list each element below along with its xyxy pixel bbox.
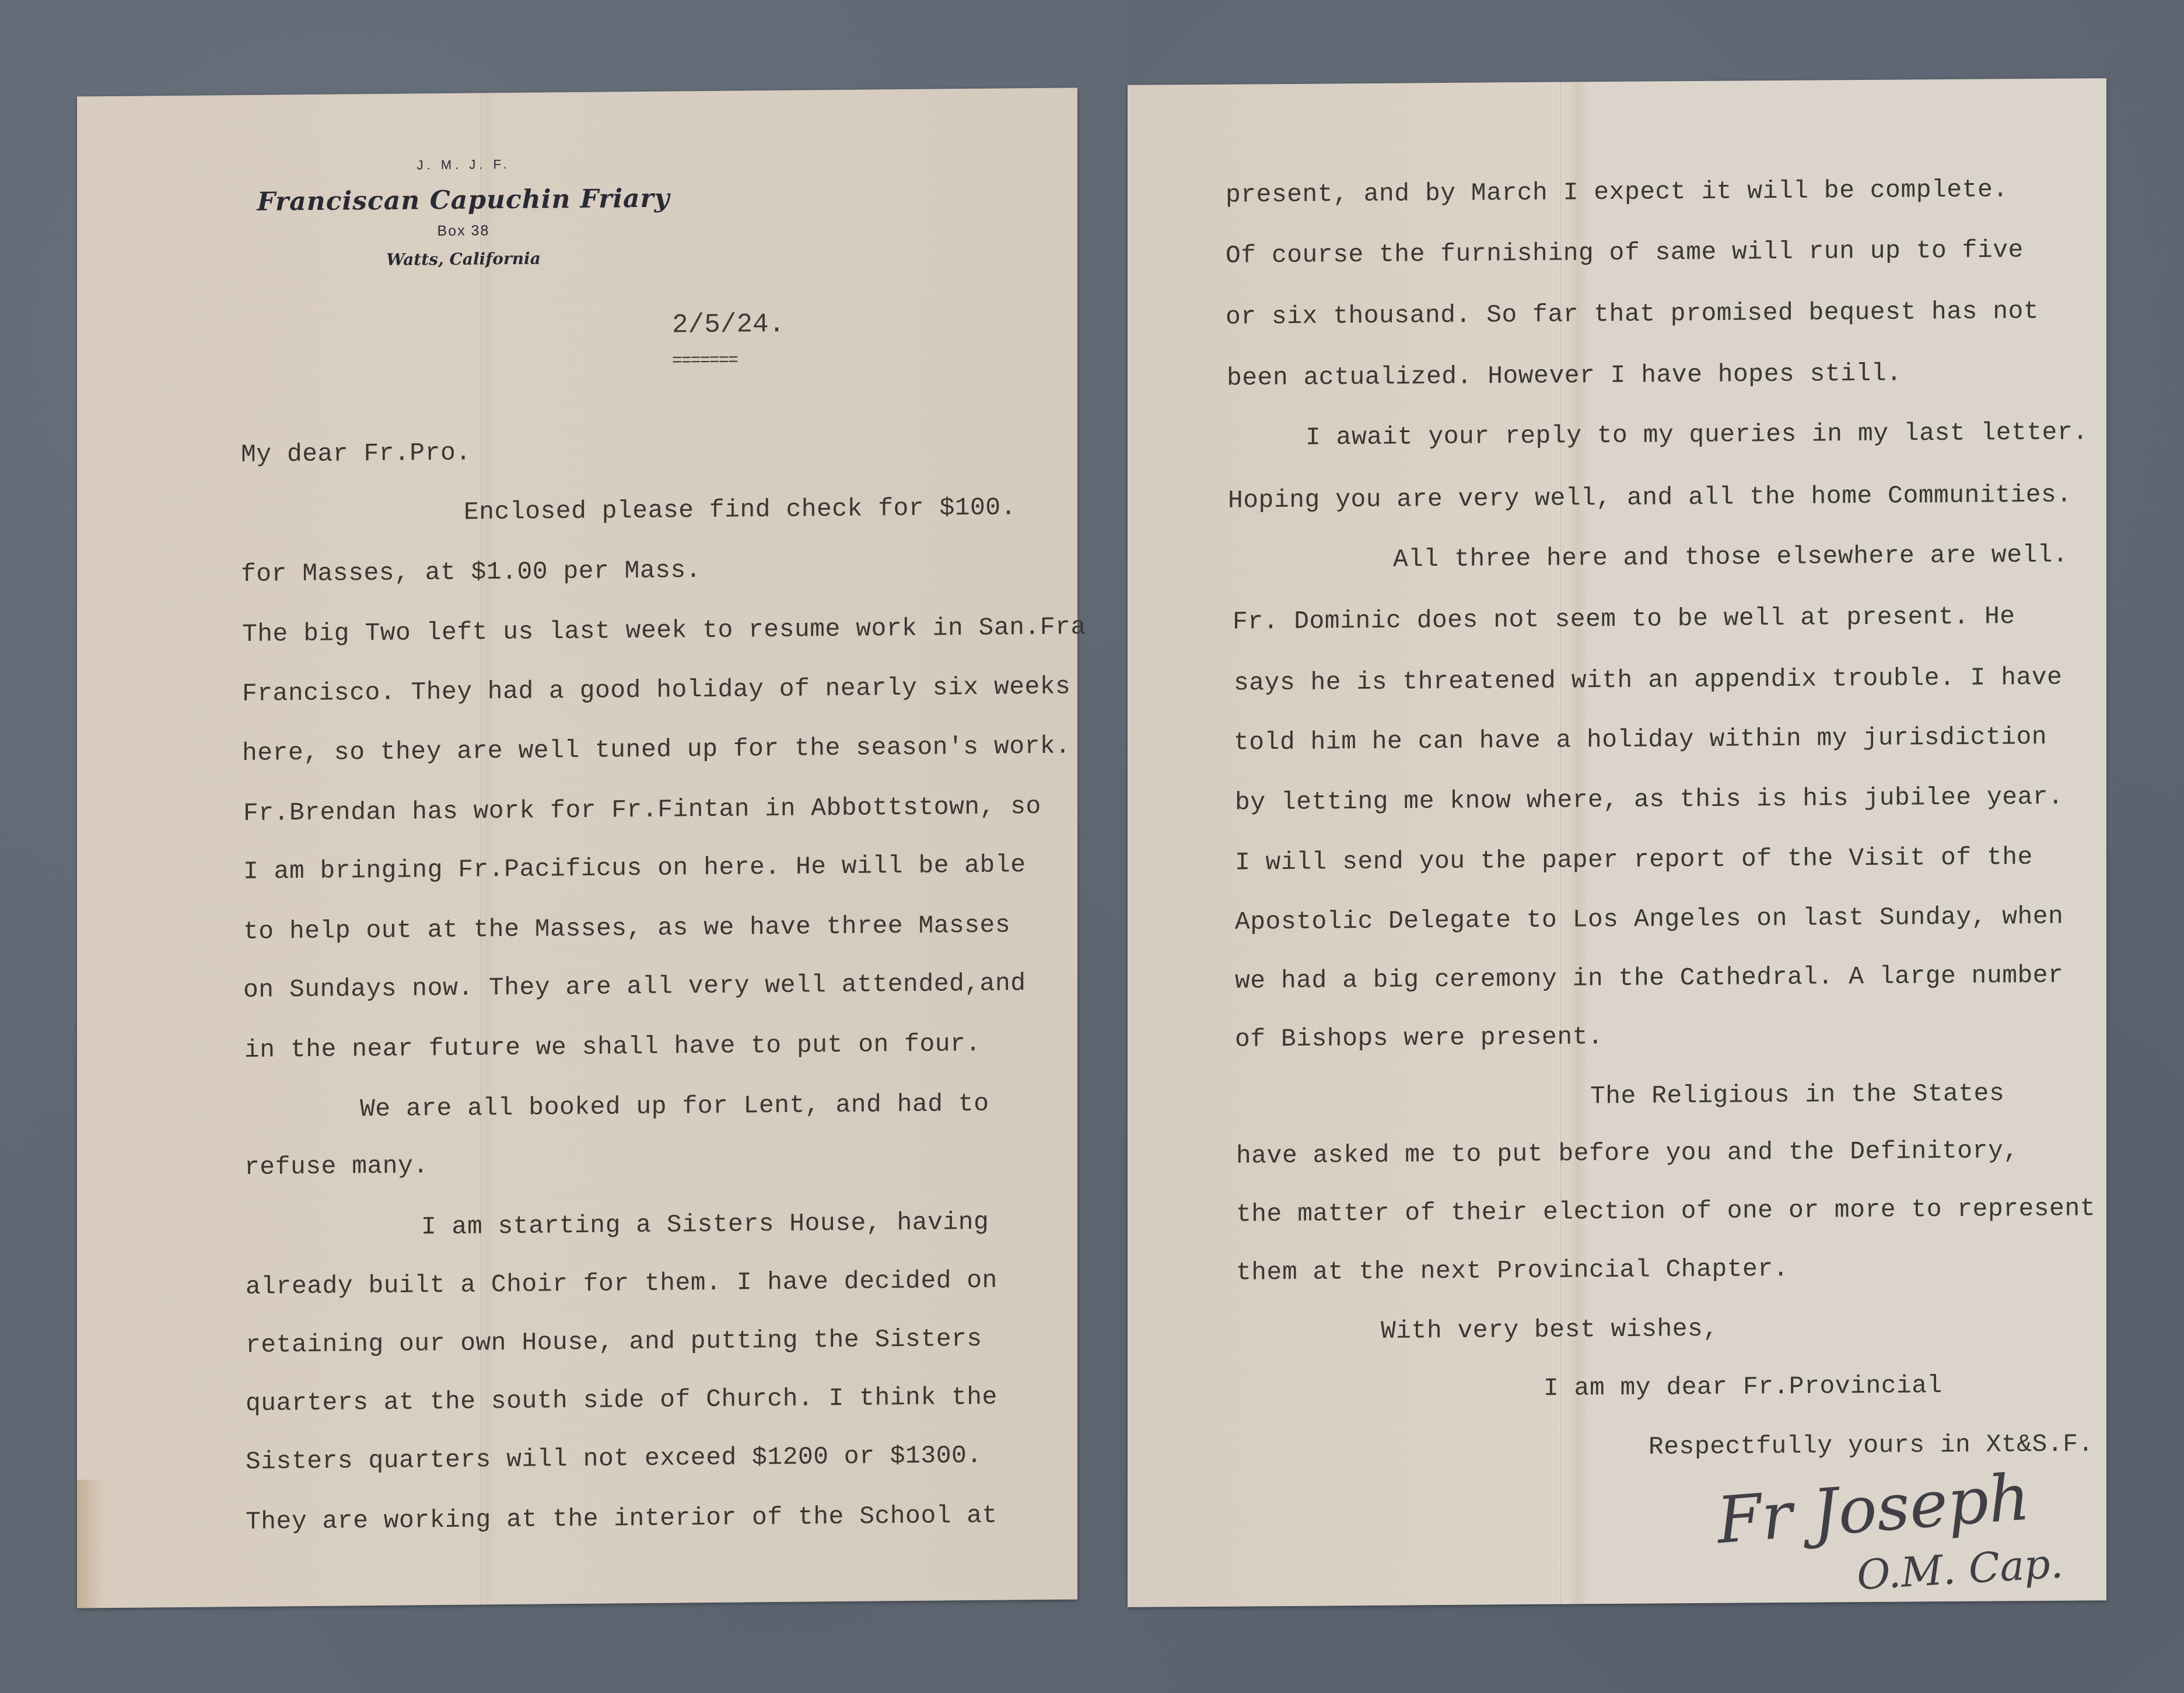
- body-line: Fr.Brendan has work for Fr.Fintan in Abb…: [243, 794, 1041, 826]
- body-line: The Religious in the States: [1590, 1081, 2004, 1109]
- body-line: retaining our own House, and putting the…: [246, 1326, 982, 1358]
- body-line: have asked me to put before you and the …: [1236, 1138, 2019, 1168]
- body-line: They are working at the interior of the …: [246, 1503, 998, 1534]
- body-line: All three here and those elsewhere are w…: [1393, 542, 2068, 572]
- body-line: Sisters quarters will not exceed $1200 o…: [246, 1443, 982, 1474]
- body-line: to help out at the Masses, as we have th…: [243, 913, 1010, 944]
- paper-stain: [77, 1480, 103, 1608]
- body-line: we had a big ceremony in the Cathedral. …: [1235, 963, 2063, 994]
- body-line: I await your reply to my queries in my l…: [1305, 419, 2088, 450]
- body-line: for Masses, at $1.00 per Mass.: [241, 558, 701, 587]
- date-underline: =======: [672, 352, 737, 370]
- body-line: in the near future we shall have to put …: [244, 1031, 981, 1063]
- closing-line: With very best wishes,: [1381, 1316, 1718, 1344]
- salutation: My dear Fr.Pro.: [241, 440, 471, 467]
- body-line: says he is threatened with an appendix t…: [1234, 665, 2062, 696]
- body-line: Apostolic Delegate to Los Angeles on las…: [1235, 904, 2063, 935]
- letterhead-initials: J. M. J. F.: [0, 153, 964, 177]
- letterhead-city: Watts, California: [0, 245, 964, 273]
- body-line: refuse many.: [244, 1153, 429, 1180]
- body-line: them at the next Provincial Chapter.: [1236, 1256, 1788, 1285]
- body-line: I am bringing Fr.Pacificus on here. He w…: [243, 852, 1026, 884]
- body-line: been actualized. However I have hopes st…: [1227, 361, 1902, 391]
- closing-line: I am my dear Fr.Provincial: [1543, 1373, 1943, 1401]
- body-line: I am starting a Sisters House, having: [421, 1210, 989, 1239]
- body-line: the matter of their election of one or m…: [1236, 1196, 2095, 1226]
- letterhead-name: Franciscan Capuchin Friary: [0, 181, 964, 219]
- letter-page-1: J. M. J. F. Franciscan Capuchin Friary B…: [77, 88, 1077, 1608]
- body-line: already built a Choir for them. I have d…: [246, 1268, 998, 1299]
- body-line: Fr. Dominic does not seem to be well at …: [1233, 604, 2015, 634]
- closing-line: Respectfully yours in Xt&S.F.: [1648, 1431, 2094, 1459]
- body-line: present, and by March I expect it will b…: [1226, 177, 2008, 207]
- signature: Fr Joseph: [1715, 1464, 2032, 1552]
- body-line: Of course the furnishing of same will ru…: [1226, 237, 2024, 268]
- body-line: of Bishops were present.: [1235, 1024, 1603, 1051]
- body-line: The big Two left us last week to resume …: [242, 614, 1086, 647]
- body-line: or six thousand. So far that promised be…: [1226, 299, 2039, 330]
- body-line: on Sundays now. They are all very well a…: [243, 970, 1026, 1003]
- fold-crease: [480, 93, 481, 1604]
- body-line: We are all booked up for Lent, and had t…: [360, 1091, 989, 1121]
- letterhead-box: Box 38: [0, 218, 964, 244]
- signature-suffix: O.M. Cap.: [1856, 1543, 2064, 1596]
- body-line: by letting me know where, as this is his…: [1235, 784, 2063, 815]
- body-line: Enclosed please find check for $100.: [464, 495, 1016, 524]
- body-line: Francisco. They had a good holiday of ne…: [242, 674, 1070, 706]
- letter-page-2: present, and by March I expect it will b…: [1128, 78, 2106, 1607]
- body-line: quarters at the south side of Church. I …: [246, 1384, 998, 1416]
- body-line: I will send you the paper report of the …: [1235, 844, 2033, 875]
- letter-date: 2/5/24.: [672, 309, 785, 341]
- body-line: Hoping you are very well, and all the ho…: [1228, 482, 2072, 513]
- body-line: here, so they are well tuned up for the …: [242, 734, 1070, 766]
- body-line: told him he can have a holiday within my…: [1234, 724, 2047, 755]
